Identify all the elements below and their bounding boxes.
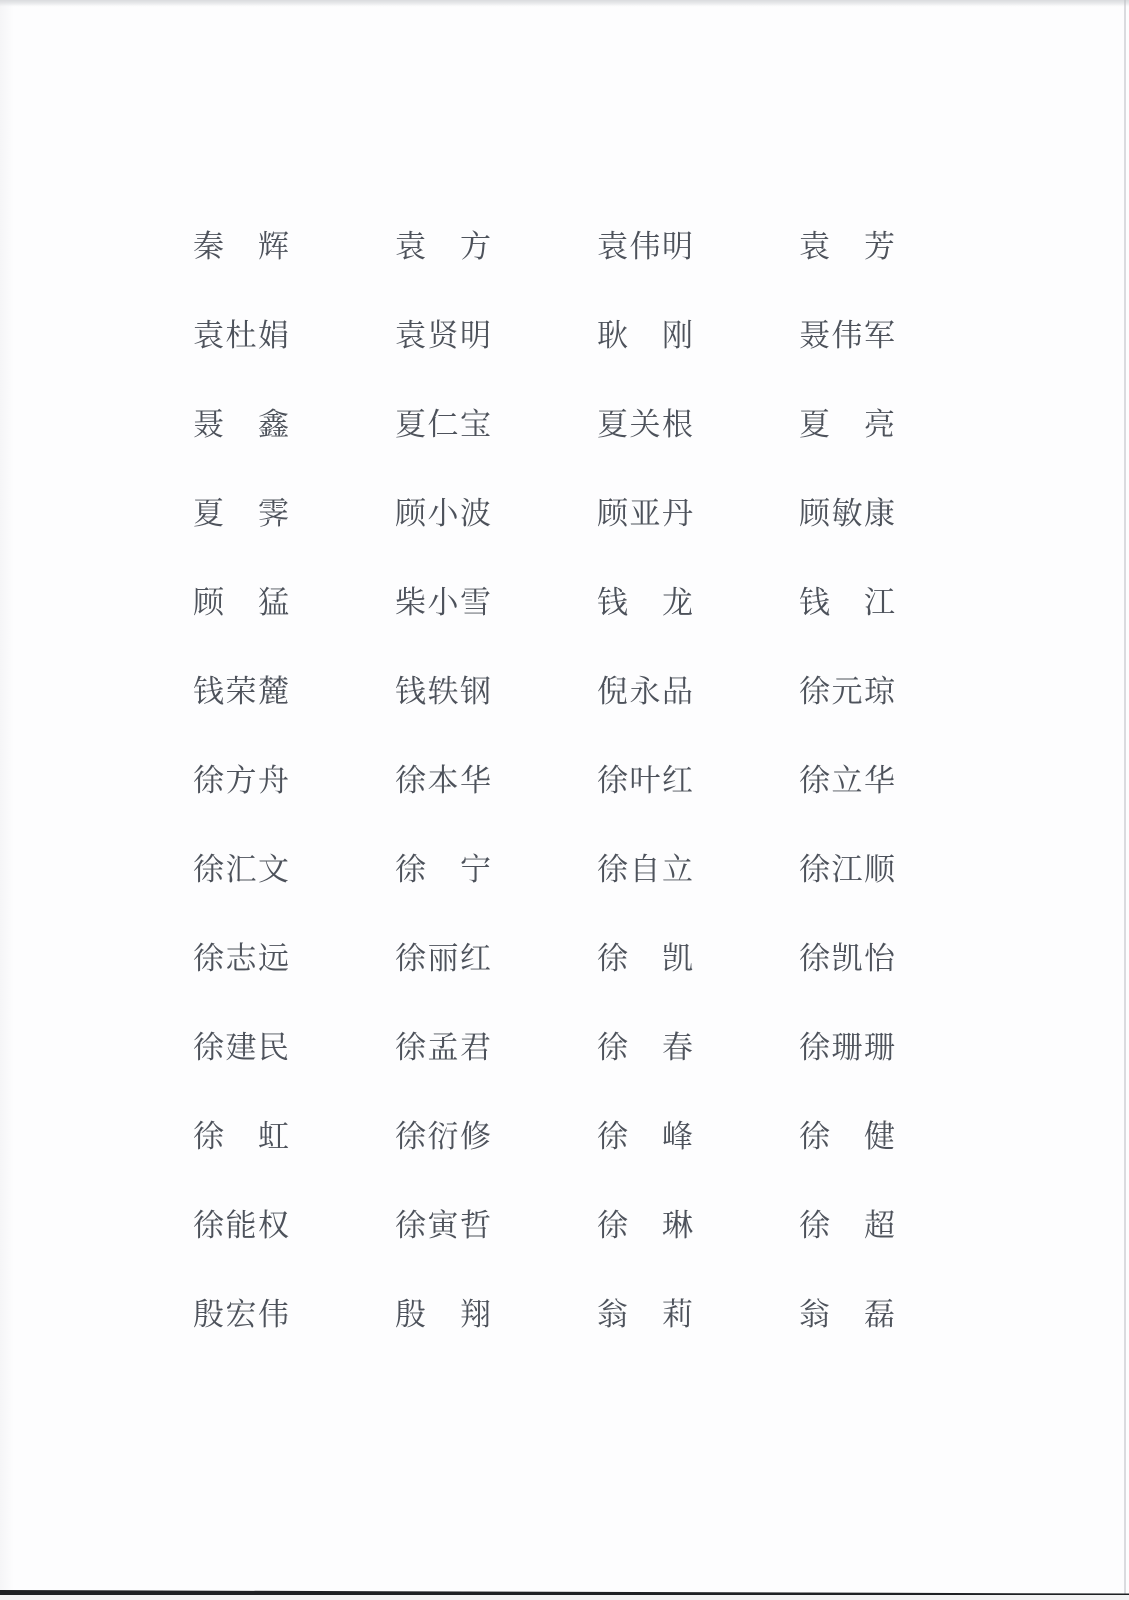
roster-name: 徐超	[799, 1181, 895, 1270]
roster-name: 徐琳	[597, 1181, 693, 1270]
roster-name: 徐元琼	[799, 647, 895, 736]
roster-name: 钱荣麓	[193, 647, 289, 736]
roster-name: 袁贤明	[395, 291, 491, 380]
roster-name: 徐江顺	[799, 825, 895, 914]
roster-name: 徐方舟	[193, 736, 289, 825]
roster-name: 耿刚	[597, 291, 693, 380]
roster-name: 袁方	[395, 202, 491, 291]
roster-name: 顾亚丹	[597, 469, 693, 558]
scan-top-edge	[0, 0, 1129, 6]
roster-name: 钱轶钢	[395, 647, 491, 736]
roster-name: 顾敏康	[799, 469, 895, 558]
roster-name: 翁莉	[597, 1270, 693, 1359]
roster-name: 徐本华	[395, 736, 491, 825]
roster-name: 徐衍修	[395, 1092, 491, 1181]
roster-name: 翁磊	[799, 1270, 895, 1359]
roster-name: 钱江	[799, 558, 895, 647]
roster-name: 殷翔	[395, 1270, 491, 1359]
roster-name: 徐立华	[799, 736, 895, 825]
name-roster-grid: 秦辉袁方袁伟明袁芳袁杜娟袁贤明耿刚聂伟军聂鑫夏仁宝夏关根夏亮夏霁顾小波顾亚丹顾敏…	[193, 202, 895, 1359]
roster-name: 徐汇文	[193, 825, 289, 914]
roster-name: 徐凯怡	[799, 914, 895, 1003]
roster-name: 殷宏伟	[193, 1270, 289, 1359]
roster-name: 秦辉	[193, 202, 289, 291]
roster-name: 徐峰	[597, 1092, 693, 1181]
roster-name: 徐叶红	[597, 736, 693, 825]
roster-name: 顾小波	[395, 469, 491, 558]
scan-right-edge	[1124, 0, 1126, 1600]
scanned-page: 秦辉袁方袁伟明袁芳袁杜娟袁贤明耿刚聂伟军聂鑫夏仁宝夏关根夏亮夏霁顾小波顾亚丹顾敏…	[0, 0, 1129, 1600]
roster-name: 夏关根	[597, 380, 693, 469]
roster-name: 徐丽红	[395, 914, 491, 1003]
roster-name: 徐凯	[597, 914, 693, 1003]
roster-name: 袁杜娟	[193, 291, 289, 380]
roster-name: 夏亮	[799, 380, 895, 469]
roster-name: 袁伟明	[597, 202, 693, 291]
roster-name: 徐能权	[193, 1181, 289, 1270]
roster-name: 徐宁	[395, 825, 491, 914]
roster-name: 徐建民	[193, 1003, 289, 1092]
roster-name: 倪永品	[597, 647, 693, 736]
roster-name: 徐志远	[193, 914, 289, 1003]
roster-name: 顾猛	[193, 558, 289, 647]
roster-name: 徐春	[597, 1003, 693, 1092]
roster-name: 钱龙	[597, 558, 693, 647]
roster-name: 徐寅哲	[395, 1181, 491, 1270]
roster-name: 徐孟君	[395, 1003, 491, 1092]
roster-name: 夏仁宝	[395, 380, 491, 469]
roster-name: 徐自立	[597, 825, 693, 914]
roster-name: 徐虹	[193, 1092, 289, 1181]
roster-name: 夏霁	[193, 469, 289, 558]
scan-bottom-margin	[0, 1595, 1129, 1600]
roster-name: 徐健	[799, 1092, 895, 1181]
roster-name: 徐珊珊	[799, 1003, 895, 1092]
roster-name: 聂伟军	[799, 291, 895, 380]
roster-name: 聂鑫	[193, 380, 289, 469]
roster-name: 袁芳	[799, 202, 895, 291]
roster-name: 柴小雪	[395, 558, 491, 647]
